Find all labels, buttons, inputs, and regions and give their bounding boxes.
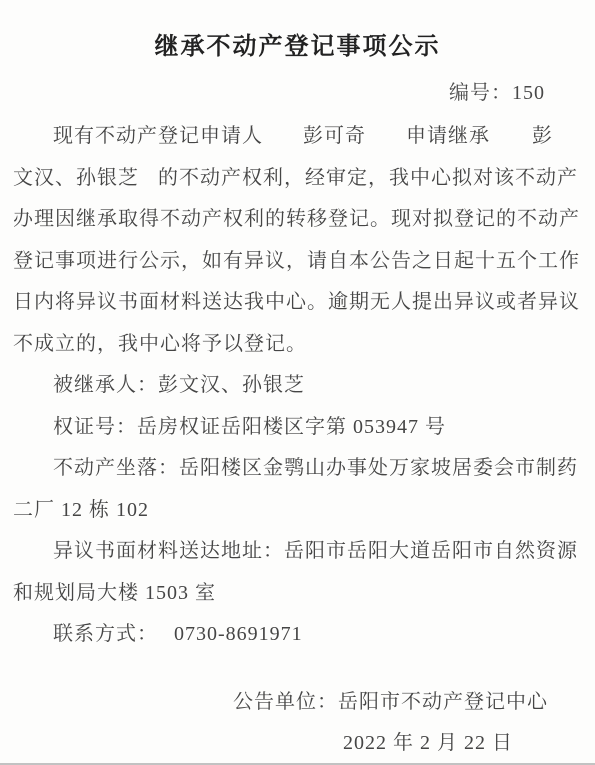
issuing-unit-line: 公告单位：岳阳市不动产登记中心 (13, 682, 582, 724)
property-location-line-1: 不动产坐落：岳阳楼区金鹗山办事处万家坡居委会市制药 (13, 448, 582, 490)
heirs-line: 被继承人：彭文汉、孙银芝 (13, 365, 582, 407)
decedent-names-continued: 文汉、孙银芝 (13, 167, 139, 189)
property-location-line-2: 二厂 12 栋 102 (13, 490, 582, 532)
document-title: 继承不动产登记事项公示 (0, 30, 595, 64)
intro-line-5: 日内将异议书面材料送达我中心。逾期无人提出异议或者异议 (13, 282, 582, 324)
intro-line2-text: 的不动产权利，经审定，我中心拟对该不动产 (158, 167, 578, 189)
notice-document-page: 继承不动产登记事项公示 编号：150 现有不动产登记申请人彭可奇申请继承彭 文汉… (0, 0, 595, 765)
document-body: 现有不动产登记申请人彭可奇申请继承彭 文汉、孙银芝的不动产权利，经审定，我中心拟… (13, 116, 582, 765)
intro-line-6: 不成立的，我中心将予以登记。 (13, 324, 582, 366)
contact-line: 联系方式：0730-8691971 (13, 614, 582, 656)
intro-line1-text-b: 申请继承 (406, 125, 490, 147)
contact-label: 联系方式： (53, 623, 158, 645)
objection-address-line-2: 和规划局大楼 1503 室 (13, 573, 582, 615)
applicant-name: 彭可奇 (303, 125, 366, 147)
document-number: 编号：150 (0, 80, 595, 106)
intro-line1-text: 现有不动产登记申请人 (53, 125, 263, 147)
contact-phone-number: 0730-8691971 (174, 623, 303, 645)
issue-date-line: 2022 年 2 月 22 日 (13, 723, 582, 765)
certificate-number-line: 权证号：岳房权证岳阳楼区字第 053947 号 (13, 407, 582, 449)
decedent-name-start: 彭 (532, 125, 553, 147)
objection-address-line-1: 异议书面材料送达地址：岳阳市岳阳大道岳阳市自然资源 (13, 531, 582, 573)
intro-line-1: 现有不动产登记申请人彭可奇申请继承彭 (13, 116, 582, 158)
document-footer: 公告单位：岳阳市不动产登记中心 2022 年 2 月 22 日 (13, 682, 582, 765)
intro-line-2: 文汉、孙银芝的不动产权利，经审定，我中心拟对该不动产 (13, 158, 582, 200)
intro-line-4: 登记事项进行公示，如有异议，请自本公告之日起十五个工作 (13, 241, 582, 283)
intro-line-3: 办理因继承取得不动产权利的转移登记。现对拟登记的不动产 (13, 199, 582, 241)
